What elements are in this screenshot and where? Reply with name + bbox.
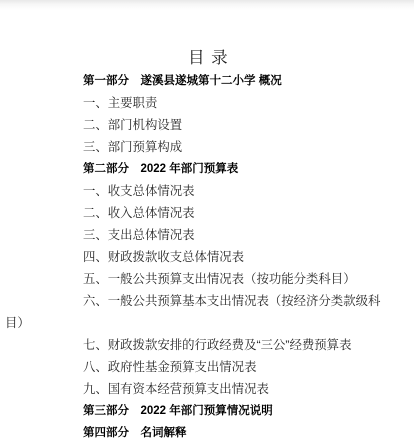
toc-item-part2-3: 三、支出总体情况表	[83, 224, 414, 246]
toc-heading-part-3: 第三部分 2022 年部门预算情况说明	[83, 400, 414, 422]
toc-item-part1-3: 三、部门预算构成	[83, 136, 414, 158]
toc-item-part2-1: 一、收支总体情况表	[83, 180, 414, 202]
toc-item-part2-6: 六、一般公共预算基本支出情况表（按经济分类款级科目）	[5, 290, 388, 334]
toc-item-part1-1: 一、主要职责	[83, 92, 414, 114]
toc-item-part2-9: 九、国有资本经营预算支出情况表	[83, 378, 414, 400]
toc-item-part2-5: 五、一般公共预算支出情况表（按功能分类科目）	[83, 268, 414, 290]
toc-heading-part-2: 第二部分 2022 年部门预算表	[83, 158, 414, 180]
toc-heading-part-1: 第一部分 遂溪县遂城第十二小学 概况	[83, 70, 414, 92]
document-page: 目 录 第一部分 遂溪县遂城第十二小学 概况 一、主要职责 二、部门机构设置 三…	[0, 0, 414, 444]
toc-item-part2-7: 七、财政拨款安排的行政经费及“三公”经费预算表	[83, 334, 414, 356]
toc-heading-part-4: 第四部分 名词解释	[83, 422, 414, 444]
toc-title: 目 录	[188, 48, 414, 68]
toc-item-part2-8: 八、政府性基金预算支出情况表	[83, 356, 414, 378]
toc-item-part1-2: 二、部门机构设置	[83, 114, 414, 136]
toc-item-part2-2: 二、收入总体情况表	[83, 202, 414, 224]
toc-item-part2-4: 四、财政拨款收支总体情况表	[83, 246, 414, 268]
